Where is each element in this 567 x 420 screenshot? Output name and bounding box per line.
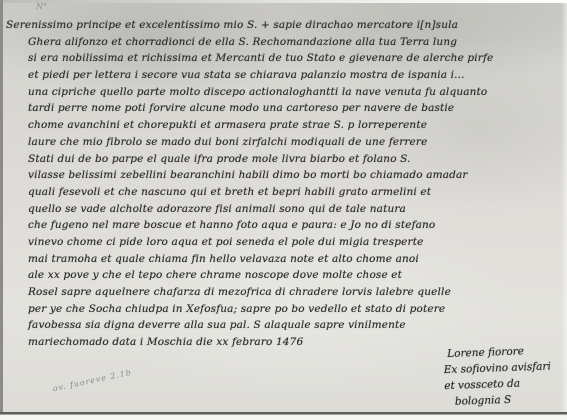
letter-body: Serenissimo principe et excelentissimo m… [6,17,562,351]
letter-line: Serenissimo principe et excelentissimo m… [6,17,562,34]
page-top-edge [0,0,567,3]
page-bottom-edge [0,412,567,420]
letter-line: et piedi per lettera i secore vua stata … [6,67,562,84]
letter-line: Stati dui de bo parpe el quale ifra prod… [6,151,562,168]
letter-line: laure che mio fibrolo se mado dui boni z… [6,134,562,151]
letter-line: quello se vade alcholte adorazore fisi a… [6,201,562,218]
letter-line: Rosel sapre aquelnere chafarza di mezofr… [6,284,562,301]
letter-line: tardi perre nome poti forvire alcune mod… [6,100,562,117]
letter-line: quali fesevoli et che nascuno qui et bre… [6,184,562,201]
letter-line: mai tramoha et quale chiama fin hello ve… [6,251,562,268]
signature-line: bolognia S [455,390,564,410]
letter-line: si era nobilissima et richissima et Merc… [6,50,562,67]
letter-line: una cipriche quello parte molto discepo … [6,84,562,101]
page-left-edge [0,0,3,420]
letter-line: che fugeno nel mare boscue et hanno foto… [6,217,562,234]
letter-line: favobessa sia digna deverre alla sua pal… [6,317,562,334]
manuscript-page: N° Serenissimo principe et excelentissim… [0,0,567,420]
letter-line: Ghera alifonzo et chorradionci de ella S… [6,34,562,51]
marginal-note: ov. fuoreve 2.1b [52,368,133,394]
signature-block: Lorene fiorore Ex sofiovino avisfari et … [447,342,564,410]
letter-line: vinevo chome ci pide loro aqua et poi se… [6,234,562,251]
letter-line: vilasse belissimi zebellini bearanchini … [6,167,562,184]
letter-line: chome avanchini et chorepukti et armaser… [6,117,562,134]
letter-line: per ye che Socha chiudpa in Xefosfua; sa… [6,301,562,318]
header-mark: N° [36,2,47,11]
letter-line: ale xx pove y che el tepo chere chrame n… [6,267,562,284]
